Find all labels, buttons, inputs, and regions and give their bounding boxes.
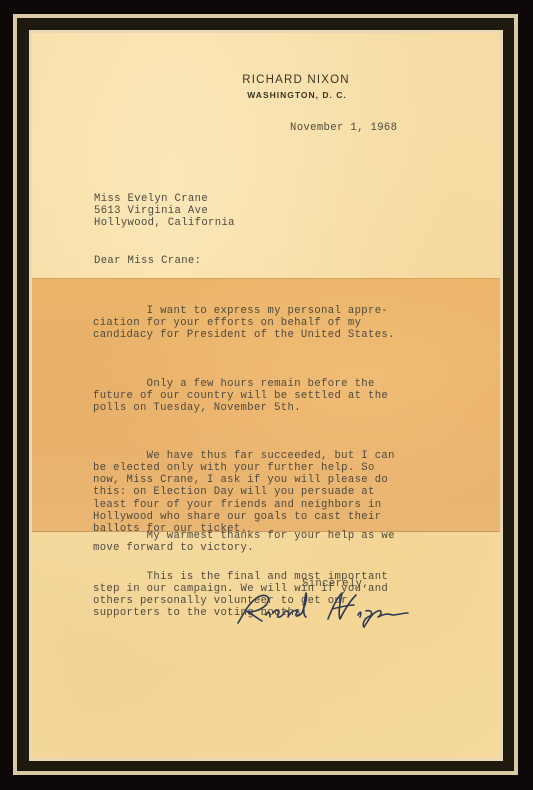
recipient-city: Hollywood, California bbox=[94, 217, 235, 229]
paragraph: We have thus far succeeded, but I can be… bbox=[93, 450, 395, 535]
recipient-street: 5613 Virginia Ave bbox=[94, 205, 235, 217]
recipient-name: Miss Evelyn Crane bbox=[94, 193, 235, 205]
letterhead-name: RICHARD NIXON bbox=[32, 74, 500, 86]
paragraph: Only a few hours remain before the futur… bbox=[93, 378, 395, 414]
paragraph: I want to express my personal appre- cia… bbox=[93, 305, 395, 341]
recipient-address: Miss Evelyn Crane5613 Virginia AveHollyw… bbox=[94, 193, 235, 229]
letterhead: RICHARD NIXON WASHINGTON, D. C. bbox=[32, 74, 500, 100]
salutation: Dear Miss Crane: bbox=[94, 255, 201, 267]
letterhead-location: WASHINGTON, D. C. bbox=[32, 90, 500, 100]
closing-paragraph: My warmest thanks for your help as we mo… bbox=[93, 530, 395, 554]
signature-icon bbox=[232, 589, 412, 629]
letter-paper: RICHARD NIXON WASHINGTON, D. C. November… bbox=[32, 33, 500, 758]
letter-date: November 1, 1968 bbox=[290, 122, 397, 134]
